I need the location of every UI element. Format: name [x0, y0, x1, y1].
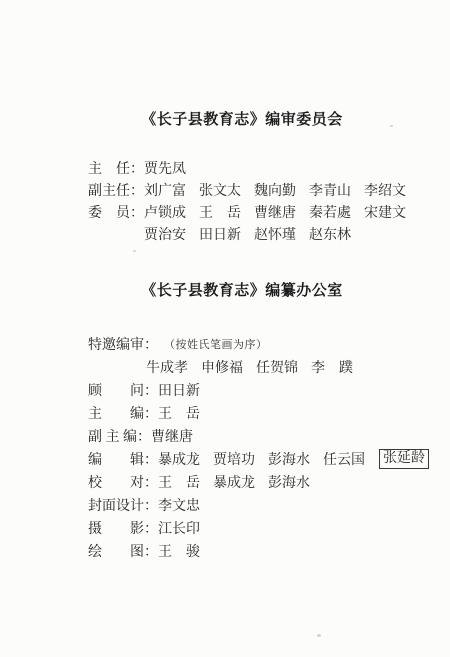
- deputy-director-row: 副主任： 刘广富 张文太 魏向勤 李青山 李绍文: [88, 179, 406, 201]
- role-label-proofreaders: 校 对：: [88, 472, 158, 492]
- person-name: 彭海水: [268, 472, 310, 492]
- role-label-director: 主 任：: [88, 158, 144, 178]
- committee-section-title: 《长子县教育志》编审委员会: [0, 108, 450, 129]
- person-name: 赵怀瑾: [254, 224, 296, 244]
- deputy-chief-editor-row: 副 主 编： 曹继唐: [88, 424, 429, 447]
- scanned-book-page: 《长子县教育志》编审委员会 主 任： 贾先凤 副主任： 刘广富 张文太 魏向勤 …: [0, 0, 450, 657]
- person-name: 卢锁成: [144, 202, 186, 222]
- role-label-chief-editor: 主 编：: [88, 403, 158, 423]
- person-name: 任云国: [323, 449, 365, 469]
- role-label-advisor: 顾 问：: [88, 380, 158, 400]
- person-name: 贾治安: [144, 224, 186, 244]
- chief-editor-row: 主 编： 王 岳: [88, 401, 429, 424]
- advisor-row: 顾 问： 田日新: [88, 378, 429, 401]
- invited-reviewers-row: 特邀编审： （按姓氏笔画为序）: [88, 332, 429, 355]
- role-label-members: 委 员：: [88, 202, 144, 222]
- person-name: 刘广富: [144, 180, 186, 200]
- person-name: 田日新: [158, 380, 200, 400]
- person-name: 曹继唐: [254, 202, 296, 222]
- person-name: 李 蹼: [311, 357, 353, 377]
- committee-list: 主 任： 贾先凤 副主任： 刘广富 张文太 魏向勤 李青山 李绍文 委 员： 卢…: [88, 157, 406, 245]
- person-name: 贾培功: [213, 449, 255, 469]
- person-name: 李青山: [309, 180, 351, 200]
- illustration-row: 绘 图： 王 骏: [88, 539, 429, 562]
- person-name: 李绍文: [364, 180, 406, 200]
- person-name: 申修福: [201, 357, 243, 377]
- editors-row: 编 辑： 暴成龙 贾培功 彭海水 任云国 张延龄: [88, 447, 429, 470]
- person-name: 李文忠: [158, 495, 200, 515]
- boxed-person-name: 张延龄: [379, 449, 429, 469]
- person-name: 王 岳: [158, 403, 200, 423]
- surname-stroke-order-note: （按姓氏笔画为序）: [164, 336, 268, 352]
- office-list: 特邀编审： （按姓氏笔画为序） 牛成孝 申修福 任贺锦 李 蹼 顾 问： 田日新…: [88, 332, 429, 562]
- person-name: 彭海水: [268, 449, 310, 469]
- role-label-editors: 编 辑：: [88, 449, 158, 469]
- person-name: 江长印: [158, 518, 200, 538]
- person-name: 张文太: [199, 180, 241, 200]
- role-label-photography: 摄 影：: [88, 518, 158, 538]
- cover-design-row: 封面设计： 李文忠: [88, 493, 429, 516]
- scan-artifact: [133, 250, 136, 252]
- person-name: 暴成龙: [213, 472, 255, 492]
- person-name: 宋建文: [364, 202, 406, 222]
- role-label-deputy-chief-editor: 副 主 编：: [88, 426, 151, 446]
- person-name: 任贺锦: [256, 357, 298, 377]
- photography-row: 摄 影： 江长印: [88, 516, 429, 539]
- person-name: 贾先凤: [144, 158, 186, 178]
- person-name: 牛成孝: [146, 357, 188, 377]
- office-section-title: 《长子县教育志》编纂办公室: [0, 279, 450, 300]
- person-name: 田日新: [199, 224, 241, 244]
- person-name: 曹继唐: [151, 426, 193, 446]
- role-label-invited: 特邀编审：: [88, 334, 158, 354]
- person-name: 魏向勤: [254, 180, 296, 200]
- role-label-illustration: 绘 图：: [88, 541, 158, 561]
- director-row: 主 任： 贾先凤: [88, 157, 406, 179]
- person-name: 王 岳: [158, 472, 200, 492]
- person-name: 暴成龙: [158, 449, 200, 469]
- role-label-cover-design: 封面设计：: [88, 495, 158, 515]
- person-name: 王 骏: [158, 541, 200, 561]
- role-label-deputy: 副主任：: [88, 180, 144, 200]
- scan-artifact: [390, 125, 393, 127]
- person-name: 秦若處: [309, 202, 351, 222]
- person-name: 赵东林: [309, 224, 351, 244]
- proofreaders-row: 校 对： 王 岳 暴成龙 彭海水: [88, 470, 429, 493]
- members-row-line1: 委 员： 卢锁成 王 岳 曹继唐 秦若處 宋建文: [88, 201, 406, 223]
- scan-artifact: [317, 634, 321, 637]
- invited-reviewers-names-row: 牛成孝 申修福 任贺锦 李 蹼: [88, 355, 429, 378]
- person-name: 王 岳: [199, 202, 241, 222]
- members-row-line2: 贾治安 田日新 赵怀瑾 赵东林: [88, 223, 406, 245]
